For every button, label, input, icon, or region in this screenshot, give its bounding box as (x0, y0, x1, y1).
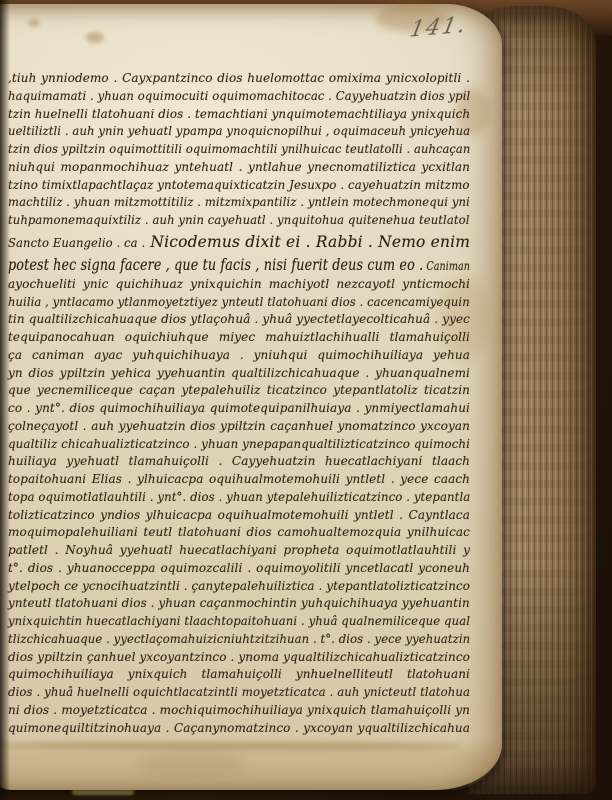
stain-blob (86, 32, 104, 43)
nahuatl-text-segment: tuhpamonemaquixtiliz . auh ynin cayehuat… (8, 213, 470, 227)
manuscript-line-6: niuhqui mopanmochihuaz yntehuatl . yntla… (8, 159, 470, 177)
manuscript-line-1: ,tiuh ynniodemo . Cayxpantzinco dios hue… (8, 70, 470, 88)
manuscript-text-block: ,tiuh ynniodemo . Cayxpantzinco dios hue… (8, 70, 470, 737)
manuscript-line-20: çolneçayotl . auh yyehuatzin dios ypiltz… (8, 418, 470, 436)
manuscript-line-7: tzino timixtlapachtlaçaz yntotemaquixtic… (8, 177, 462, 195)
stain-blob (28, 19, 40, 27)
nahuatl-text-segment: niuhqui mopanmochihuaz yntehuatl . yntla… (8, 160, 470, 174)
manuscript-line-8: machtiliz . yhuan mitzmottitiliz . mitzm… (8, 194, 454, 212)
manuscript-line-29: ytelpoch ce ycnocihuatzintli . çanytepal… (8, 578, 467, 596)
nahuatl-text-segment: ynteutl tlatohuani dios . yhuan caçanmoc… (8, 596, 470, 610)
manuscript-line-35: dios . yhuâ huelnelli oquichtlacatzintli… (8, 684, 458, 702)
manuscript-line-14: tin qualtilizchicahuaque dios ytlaçohuâ … (8, 311, 470, 329)
manuscript-line-5: tzin dios ypiltzin oquimottitili oquimom… (8, 141, 450, 159)
nahuatl-text-segment: qualtiliz chicahualizticatzinco . yhuan … (8, 437, 470, 451)
manuscript-line-11: potest hec signa facere , que tu facis ,… (8, 253, 375, 276)
nahuatl-text-segment: tin qualtilizchicahuaque dios ytlaçohuâ … (8, 312, 470, 326)
nahuatl-text-segment: quimochihuiliaya ynixquich tlamahuiçolli… (8, 667, 470, 681)
manuscript-line-21: qualtiliz chicahualizticatzinco . yhuan … (8, 436, 464, 454)
nahuatl-text-segment: haquimamati . yhuan oquimocuiti oquimoma… (8, 89, 470, 103)
manuscript-line-26: moquimopalehuiliani teutl tlatohuani dio… (8, 524, 470, 542)
nahuatl-text-segment: Caniman (423, 259, 470, 273)
nahuatl-text-segment: tolizticatzinco yndios ylhuicacpa oquihu… (8, 508, 470, 522)
manuscript-line-10: Sancto Euangelio . ca . Nicodemus dixit … (8, 230, 455, 253)
manuscript-line-24: topa oquimotlatlauhtili . ynt°. dios . y… (8, 489, 458, 507)
manuscript-page: 141. ,tiuh ynniodemo . Cayxpantzinco dio… (0, 4, 502, 790)
manuscript-line-15: tequipanocahuan oquichiuhque miyec mahui… (8, 329, 470, 347)
manuscript-line-9: tuhpamonemaquixtiliz . auh ynin cayehuat… (8, 212, 455, 230)
nahuatl-text-segment: ,tiuh ynniodemo . Cayxpantzinco dios hue… (8, 71, 470, 85)
manuscript-line-4: ueltiliztli . auh ynin yehuatl ypampa yn… (8, 123, 455, 141)
nahuatl-text-segment: Sancto Euangelio . ca . (8, 236, 145, 250)
nahuatl-text-segment: topaitohuani Elias . ylhuicacpa oquihual… (8, 472, 470, 486)
manuscript-line-32: tlizchicahuaque . yyectlaçomahuizicniuht… (8, 631, 455, 649)
nahuatl-text-segment: ça caniman ayac yuhquichihuaya . yniuhqu… (8, 348, 470, 362)
gutter-shadow (0, 0, 10, 800)
nahuatl-text-segment: çolneçayotl . auh yyehuatzin dios ypiltz… (8, 419, 470, 433)
latin-quote-segment: potest hec signa facere , que tu facis ,… (8, 255, 423, 274)
manuscript-line-12: ayochueliti ynic quichihuaz ynixquichin … (8, 276, 470, 294)
manuscript-line-22: huiliaya yyehuatl tlamahuiçolli . Cayyeh… (8, 453, 470, 471)
nahuatl-text-segment: dios ypiltzin çanhuel yxcoyantzinco . yn… (8, 650, 470, 664)
manuscript-line-37: quimonequiltitzinohuaya . Caçanynomatzin… (8, 720, 470, 738)
manuscript-line-31: ynixquichtin huecatlachiyani tlaachtopai… (8, 613, 456, 631)
nahuatl-text-segment: ytelpoch ce ycnocihuatzintli . çanytepal… (8, 579, 470, 593)
nahuatl-text-segment: ni dios . moyetzticatca . mochiquimochih… (8, 703, 470, 717)
nahuatl-text-segment: tlizchicahuaque . yyectlaçomahuizicniuht… (8, 632, 470, 646)
manuscript-line-28: t°. dios . yhuanocceppa oquimozcalili . … (8, 560, 470, 578)
manuscript-line-17: yn dios ypiltzin yehica yyehuantin qualt… (8, 365, 470, 383)
manuscript-line-30: ynteutl tlatohuani dios . yhuan caçanmoc… (8, 595, 467, 613)
nahuatl-text-segment: tzin huelnelli tlatohuani dios . temacht… (8, 107, 470, 121)
manuscript-line-34: quimochihuiliaya ynixquich tlamahuiçolli… (8, 666, 470, 684)
latin-quote-segment: Nicodemus dixit ei . Rabbi . Nemo enim (145, 232, 470, 251)
manuscript-line-36: ni dios . moyetzticatca . mochiquimochih… (8, 702, 470, 720)
manuscript-line-33: dios ypiltzin çanhuel yxcoyantzinco . yn… (8, 649, 470, 667)
nahuatl-text-segment: tequipanocahuan oquichiuhque miyec mahui… (8, 330, 470, 344)
book-photo: 141. ,tiuh ynniodemo . Cayxpantzinco dio… (0, 0, 612, 800)
nahuatl-text-segment: machtiliz . yhuan mitzmottitiliz . mitzm… (8, 195, 470, 209)
manuscript-line-19: co . ynt°. dios quimochihuiliaya quimote… (8, 400, 470, 418)
manuscript-line-23: topaitohuani Elias . ylhuicacpa oquihual… (8, 471, 470, 489)
nahuatl-text-segment: huilia , yntlacamo ytlanmoyetztiyez ynte… (8, 295, 470, 309)
manuscript-line-3: tzin huelnelli tlatohuani dios . temacht… (8, 106, 466, 124)
nahuatl-text-segment: ynixquichtin huecatlachiyani tlaachtopai… (8, 614, 470, 628)
nahuatl-text-segment: co . ynt°. dios quimochihuiliaya quimote… (8, 401, 470, 415)
nahuatl-text-segment: dios . yhuâ huelnelli oquichtlacatzintli… (8, 685, 470, 699)
manuscript-line-16: ça caniman ayac yuhquichihuaya . yniuhqu… (8, 347, 470, 365)
manuscript-line-13: huilia , yntlacamo ytlanmoyetztiyez ynte… (8, 294, 452, 312)
nahuatl-text-segment: tzin dios ypiltzin oquimottitili oquimom… (8, 142, 470, 156)
manuscript-line-18: que yecnemiliceque caçan ytepalehuiliz t… (8, 382, 470, 400)
nahuatl-text-segment: ueltiliztli . auh ynin yehuatl ypampa yn… (8, 124, 470, 138)
nahuatl-text-segment: yn dios ypiltzin yehica yyehuantin qualt… (8, 366, 470, 380)
nahuatl-text-segment: tzino timixtlapachtlaçaz yntotemaquixtic… (8, 178, 470, 192)
nahuatl-text-segment: patletl . Noyhuâ yyehuatl huecatlachiyan… (8, 543, 470, 557)
nahuatl-text-segment: topa oquimotlatlauhtili . ynt°. dios . y… (8, 490, 470, 504)
manuscript-line-25: tolizticatzinco yndios ylhuicacpa oquihu… (8, 507, 470, 525)
nahuatl-text-segment: moquimopalehuiliani teutl tlatohuani dio… (8, 525, 470, 539)
nahuatl-text-segment: ayochueliti ynic quichihuaz ynixquichin … (8, 277, 470, 291)
nahuatl-text-segment: t°. dios . yhuanocceppa oquimozcalili . … (8, 561, 470, 575)
manuscript-line-2: haquimamati . yhuan oquimocuiti oquimoma… (8, 88, 455, 106)
nahuatl-text-segment: que yecnemiliceque caçan ytepalehuiliz t… (8, 383, 470, 397)
nahuatl-text-segment: quimonequiltitzinohuaya . Caçanynomatzin… (8, 721, 470, 735)
manuscript-line-27: patletl . Noyhuâ yyehuatl huecatlachiyan… (8, 542, 470, 560)
nahuatl-text-segment: huiliaya yyehuatl tlamahuiçolli . Cayyeh… (8, 454, 470, 468)
